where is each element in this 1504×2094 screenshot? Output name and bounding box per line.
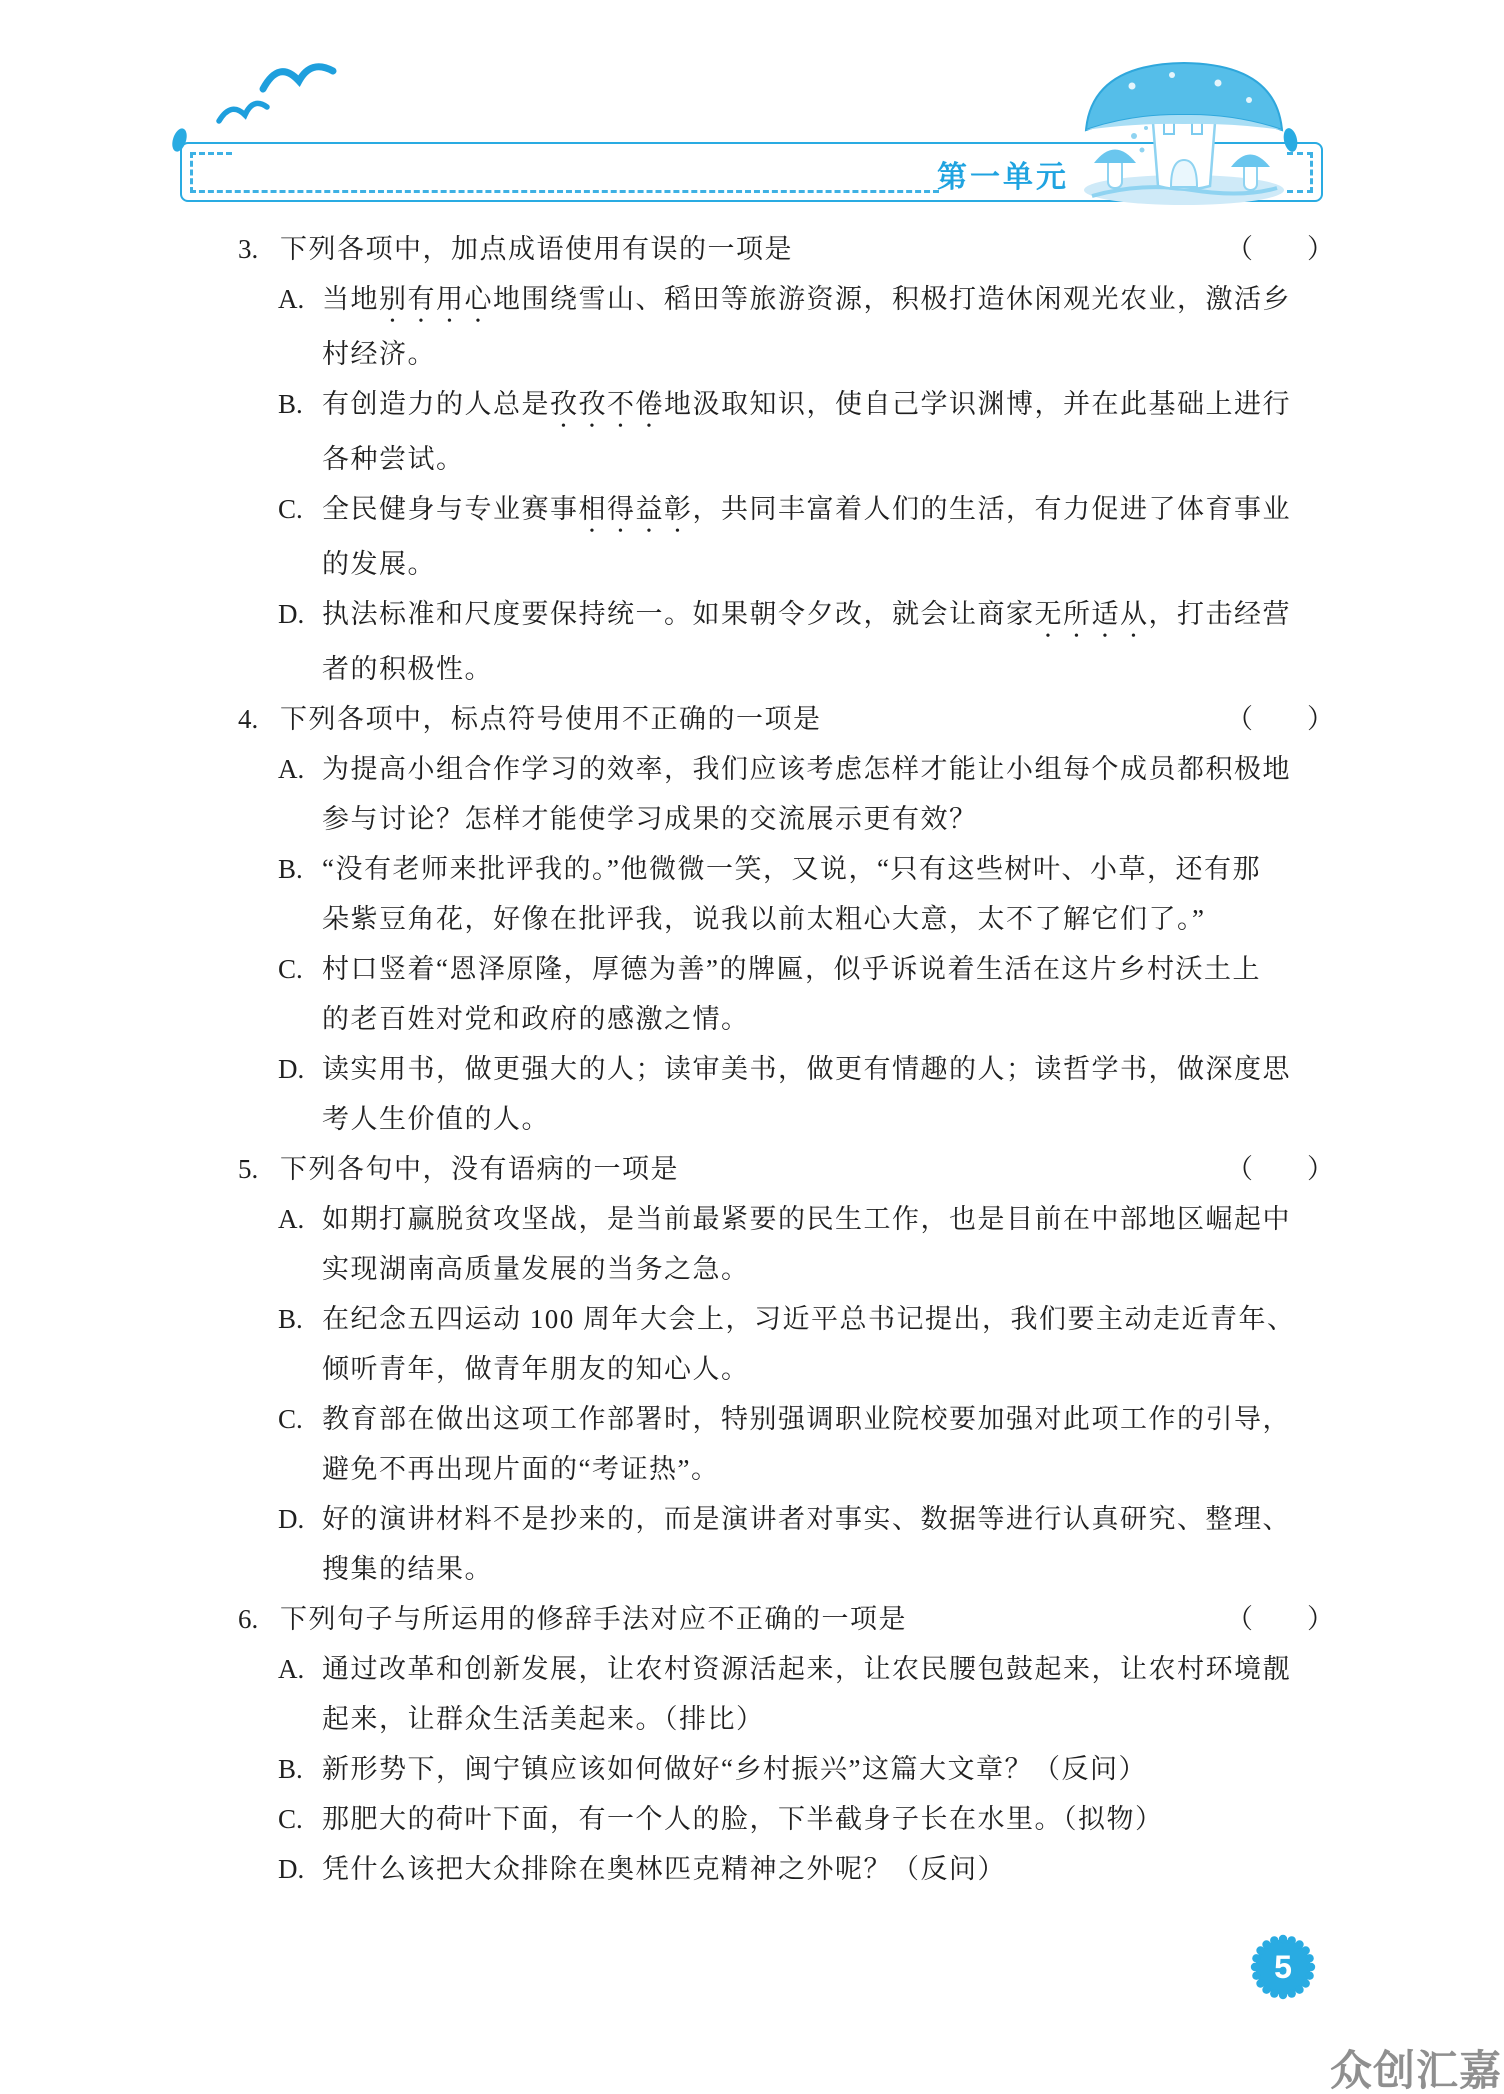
- option-text: 新形势下，闽宁镇应该如何做好“乡村振兴”这篇大文章？（反问）: [322, 1754, 1147, 1784]
- option-label: B.: [278, 844, 303, 894]
- option-label: A.: [278, 744, 304, 794]
- option-label: D.: [278, 1044, 304, 1094]
- dashed-line: [1310, 152, 1313, 193]
- option-text: 实现湖南高质量发展的当务之急。: [322, 1254, 750, 1284]
- option-line: D.读实用书，做更强大的人；读审美书，做更有情趣的人；读哲学书，做深度思: [238, 1044, 1338, 1094]
- option-line: 参与讨论？怎样才能使学习成果的交流展示更有效？: [238, 794, 1338, 844]
- option-line: A.当地别有用心地围绕雪山、稻田等旅游资源，积极打造休闲观光农业，激活乡: [238, 274, 1338, 329]
- mushroom-house-icon: [1072, 50, 1297, 208]
- question-block: （ ）3.下列各项中，加点成语使用有误的一项是A.当地别有用心地围绕雪山、稻田等…: [238, 224, 1338, 694]
- option-label: A.: [278, 1194, 304, 1244]
- option-text: 教育部在做出这项工作部署时，特别强调职业院校要加强对此项工作的引导，: [322, 1404, 1291, 1434]
- option-text: 好的演讲材料不是抄来的，而是演讲者对事实、数据等进行认真研究、整理、: [322, 1504, 1291, 1534]
- option-text: 当地: [322, 284, 379, 314]
- option-text: 全民健身与专业赛事: [322, 494, 579, 524]
- option-text: 的发展。: [322, 549, 436, 579]
- unit-title: 第一单元: [937, 152, 1069, 196]
- question-number: 3.: [238, 224, 280, 274]
- option-text: 如期打赢脱贫攻坚战，是当前最紧要的民生工作，也是目前在中部地区崛起中: [322, 1204, 1291, 1234]
- option-line: C.教育部在做出这项工作部署时，特别强调职业院校要加强对此项工作的引导，: [238, 1394, 1338, 1444]
- option-text: 为提高小组合作学习的效率，我们应该考虑怎样才能让小组每个成员都积极地: [322, 754, 1291, 784]
- dashed-line: [190, 152, 232, 155]
- option-text: 考人生价值的人。: [322, 1104, 550, 1134]
- option-text: 者的积极性。: [322, 654, 493, 684]
- option-text: 倾听青年，做青年朋友的知心人。: [322, 1354, 750, 1384]
- option-text: 起来，让群众生活美起来。（排比）: [322, 1704, 765, 1734]
- option-line: 实现湖南高质量发展的当务之急。: [238, 1244, 1338, 1294]
- option-text: 执法标准和尺度要保持统一。如果朝令夕改，就会让商家: [322, 599, 1035, 629]
- option-label: D.: [278, 1844, 304, 1894]
- option-text: 各种尝试。: [322, 444, 465, 474]
- option-text: 地汲取知识，使自己学识渊博，并在此基础上进行: [664, 389, 1291, 419]
- option-label: B.: [278, 1744, 303, 1794]
- question-stem: 下列各句中，没有语病的一项是: [280, 1154, 679, 1184]
- option-text: ，打击经营: [1149, 599, 1292, 629]
- option-line: 考人生价值的人。: [238, 1094, 1338, 1144]
- option-line: 的发展。: [238, 539, 1338, 589]
- question-number: 5.: [238, 1144, 280, 1194]
- emphasized-idiom: 别有用心: [379, 284, 493, 314]
- option-label: D.: [278, 1494, 304, 1544]
- option-label: B.: [278, 379, 303, 429]
- answer-bracket: （ ）: [1226, 1144, 1334, 1194]
- option-text: 那肥大的荷叶下面，有一个人的脸，下半截身子长在水里。（拟物）: [322, 1804, 1164, 1834]
- option-line: 者的积极性。: [238, 644, 1338, 694]
- option-line: D.好的演讲材料不是抄来的，而是演讲者对事实、数据等进行认真研究、整理、: [238, 1494, 1338, 1544]
- option-line: D.凭什么该把大众排除在奥林匹克精神之外呢？（反问）: [238, 1844, 1338, 1894]
- option-label: C.: [278, 484, 303, 534]
- question-block: （ ）5.下列各句中，没有语病的一项是A.如期打赢脱贫攻坚战，是当前最紧要的民生…: [238, 1144, 1338, 1594]
- option-line: 倾听青年，做青年朋友的知心人。: [238, 1344, 1338, 1394]
- option-line: 避免不再出现片面的“考证热”。: [238, 1444, 1338, 1494]
- option-text: 避免不再出现片面的“考证热”。: [322, 1454, 719, 1484]
- question-stem-row: （ ）3.下列各项中，加点成语使用有误的一项是: [238, 224, 1338, 274]
- option-line: 朵紫豆角花，好像在批评我，说我以前太粗心大意，太不了解它们了。”: [238, 894, 1338, 944]
- questions: （ ）3.下列各项中，加点成语使用有误的一项是A.当地别有用心地围绕雪山、稻田等…: [238, 224, 1338, 1894]
- ellipse-ornament-left: [170, 127, 190, 154]
- option-text: 凭什么该把大众排除在奥林匹克精神之外呢？（反问）: [322, 1854, 1006, 1884]
- option-line: A.通过改革和创新发展，让农村资源活起来，让农民腰包鼓起来，让农村环境靓: [238, 1644, 1338, 1694]
- answer-bracket: （ ）: [1226, 224, 1334, 274]
- question-stem: 下列句子与所运用的修辞手法对应不正确的一项是: [280, 1604, 907, 1634]
- option-text: 村口竖着“恩泽原隆，厚德为善”的牌匾，似乎诉说着生活在这片乡村沃土上: [322, 954, 1261, 984]
- answer-bracket: （ ）: [1226, 1594, 1334, 1644]
- question-stem: 下列各项中，加点成语使用有误的一项是: [280, 234, 793, 264]
- option-line: B.在纪念五四运动 100 周年大会上，习近平总书记提出，我们要主动走近青年、: [238, 1294, 1338, 1344]
- option-line: A.为提高小组合作学习的效率，我们应该考虑怎样才能让小组每个成员都积极地: [238, 744, 1338, 794]
- option-text: 有创造力的人总是: [322, 389, 550, 419]
- option-label: A.: [278, 274, 304, 324]
- dashed-line: [190, 190, 939, 193]
- answer-bracket: （ ）: [1226, 694, 1334, 744]
- question-stem-row: （ ）4.下列各项中，标点符号使用不正确的一项是: [238, 694, 1338, 744]
- option-line: 搜集的结果。: [238, 1544, 1338, 1594]
- option-line: D.执法标准和尺度要保持统一。如果朝令夕改，就会让商家无所适从，打击经营: [238, 589, 1338, 644]
- watermark: 众创汇嘉: [1330, 2038, 1502, 2094]
- question-number: 6.: [238, 1594, 280, 1644]
- option-text: 的老百姓对党和政府的感激之情。: [322, 1004, 750, 1034]
- option-line: B.“没有老师来批评我的。”他微微一笑，又说，“只有这些树叶、小草，还有那: [238, 844, 1338, 894]
- question-number: 4.: [238, 694, 280, 744]
- question-block: （ ）6.下列句子与所运用的修辞手法对应不正确的一项是A.通过改革和创新发展，让…: [238, 1594, 1338, 1894]
- option-text: 读实用书，做更强大的人；读审美书，做更有情趣的人；读哲学书，做深度思: [322, 1054, 1291, 1084]
- page-number-badge: 5: [1247, 1931, 1319, 2003]
- emphasized-idiom: 无所适从: [1035, 599, 1149, 629]
- question-stem: 下列各项中，标点符号使用不正确的一项是: [280, 704, 822, 734]
- option-line: B.新形势下，闽宁镇应该如何做好“乡村振兴”这篇大文章？（反问）: [238, 1744, 1338, 1794]
- page-number: 5: [1247, 1931, 1319, 2003]
- option-label: D.: [278, 589, 304, 639]
- dashed-line: [190, 152, 193, 193]
- option-line: 村经济。: [238, 329, 1338, 379]
- option-text: 村经济。: [322, 339, 436, 369]
- option-line: A.如期打赢脱贫攻坚战，是当前最紧要的民生工作，也是目前在中部地区崛起中: [238, 1194, 1338, 1244]
- option-label: B.: [278, 1294, 303, 1344]
- option-text: 搜集的结果。: [322, 1554, 493, 1584]
- option-line: 的老百姓对党和政府的感激之情。: [238, 994, 1338, 1044]
- option-text: 在纪念五四运动 100 周年大会上，习近平总书记提出，我们要主动走近青年、: [322, 1304, 1296, 1334]
- option-text: 地围绕雪山、稻田等旅游资源，积极打造休闲观光农业，激活乡: [493, 284, 1291, 314]
- option-label: A.: [278, 1644, 304, 1694]
- option-line: 各种尝试。: [238, 434, 1338, 484]
- option-label: C.: [278, 1794, 303, 1844]
- option-text: 通过改革和创新发展，让农村资源活起来，让农民腰包鼓起来，让农村环境靓: [322, 1654, 1291, 1684]
- option-line: C.村口竖着“恩泽原隆，厚德为善”的牌匾，似乎诉说着生活在这片乡村沃土上: [238, 944, 1338, 994]
- option-line: C.那肥大的荷叶下面，有一个人的脸，下半截身子长在水里。（拟物）: [238, 1794, 1338, 1844]
- option-line: C.全民健身与专业赛事相得益彰，共同丰富着人们的生活，有力促进了体育事业: [238, 484, 1338, 539]
- question-block: （ ）4.下列各项中，标点符号使用不正确的一项是A.为提高小组合作学习的效率，我…: [238, 694, 1338, 1144]
- question-stem-row: （ ）6.下列句子与所运用的修辞手法对应不正确的一项是: [238, 1594, 1338, 1644]
- birds-icon: [205, 55, 345, 135]
- question-stem-row: （ ）5.下列各句中，没有语病的一项是: [238, 1144, 1338, 1194]
- workbook-page: 第一单元 （ ）3.下列各项中，加点成语使用有误的一项是A.当地别有用心地围绕雪…: [0, 0, 1504, 2094]
- option-text: “没有老师来批评我的。”他微微一笑，又说，“只有这些树叶、小草，还有那: [322, 854, 1261, 884]
- option-text: 朵紫豆角花，好像在批评我，说我以前太粗心大意，太不了解它们了。”: [322, 904, 1205, 934]
- emphasized-idiom: 孜孜不倦: [550, 389, 664, 419]
- option-label: C.: [278, 944, 303, 994]
- option-text: ，共同丰富着人们的生活，有力促进了体育事业: [693, 494, 1292, 524]
- option-text: 参与讨论？怎样才能使学习成果的交流展示更有效？: [322, 804, 978, 834]
- option-line: B.有创造力的人总是孜孜不倦地汲取知识，使自己学识渊博，并在此基础上进行: [238, 379, 1338, 434]
- option-line: 起来，让群众生活美起来。（排比）: [238, 1694, 1338, 1744]
- emphasized-idiom: 相得益彰: [579, 494, 693, 524]
- option-label: C.: [278, 1394, 303, 1444]
